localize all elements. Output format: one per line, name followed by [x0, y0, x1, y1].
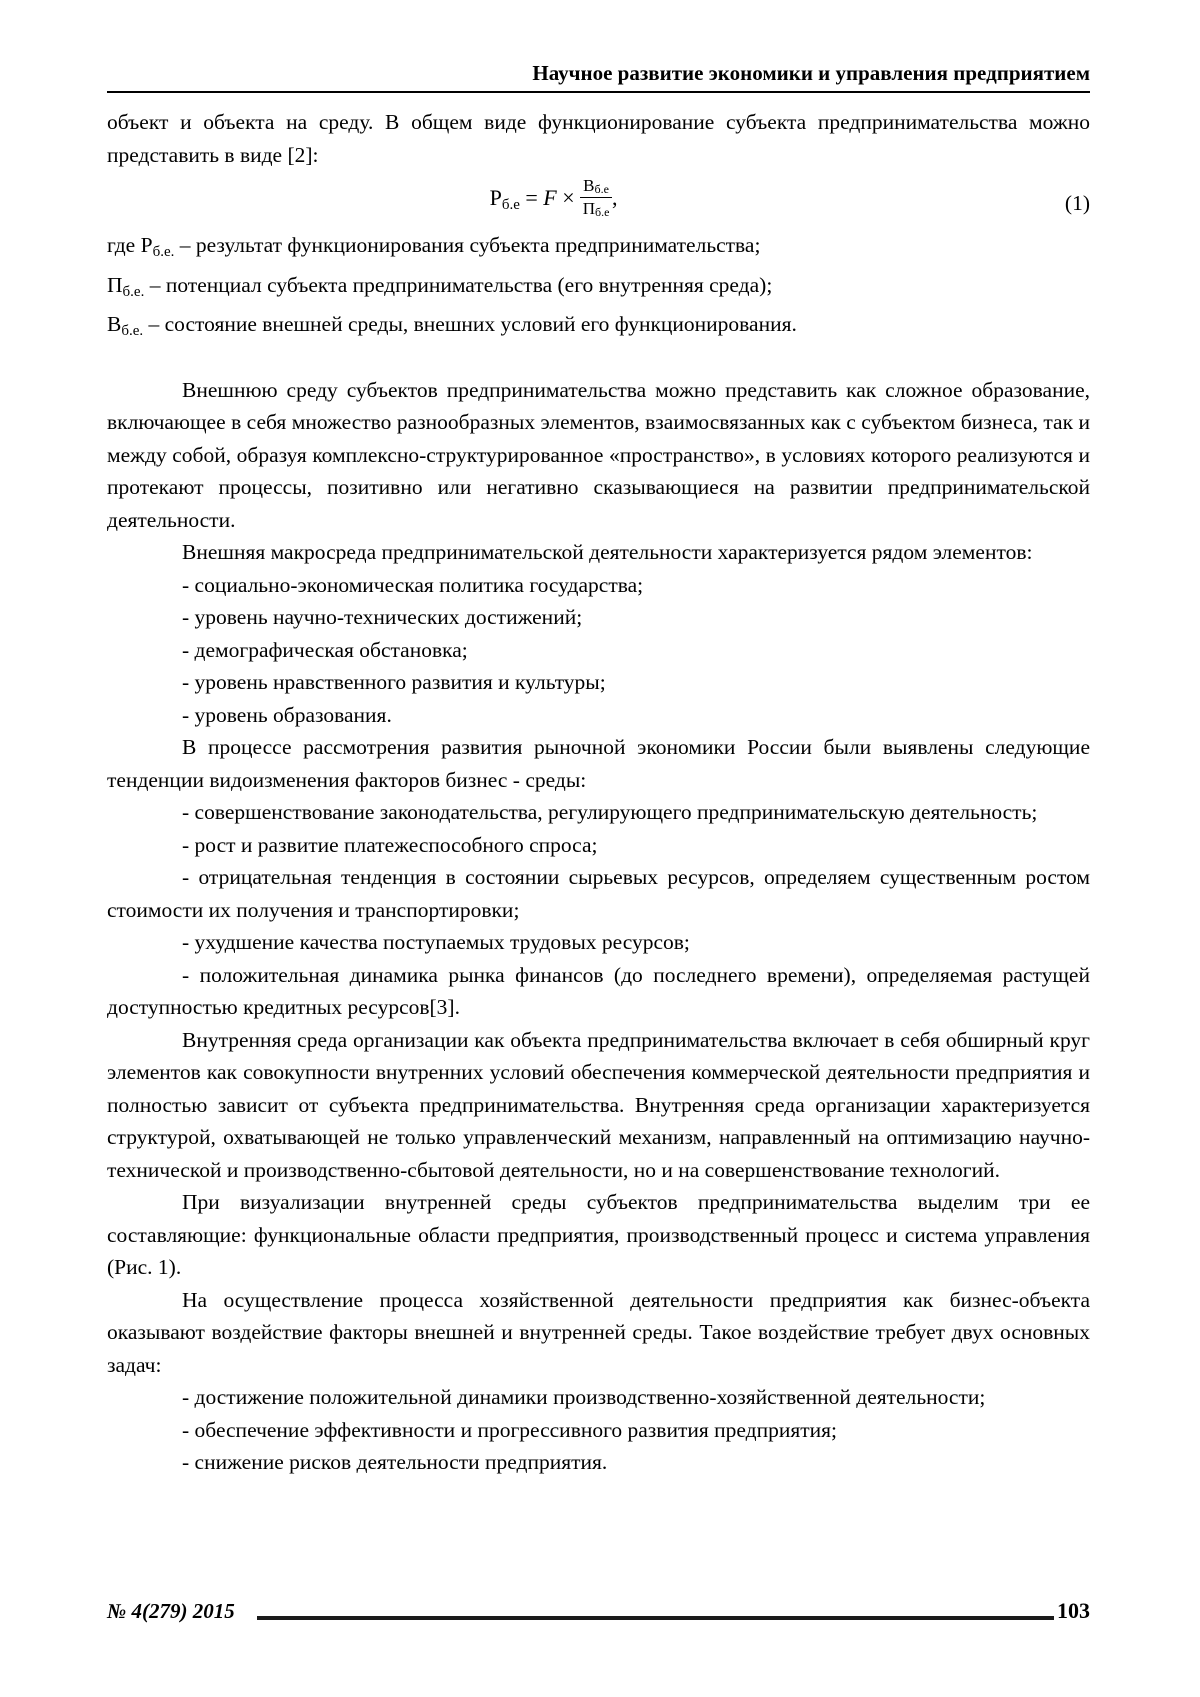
list-item-paragraph: - ухудшение качества поступаемых трудовы… [107, 926, 1090, 959]
formula: Рб.е = F × Вб.еПб.е, [107, 176, 1090, 227]
list-item-paragraph: - отрицательная тенденция в состоянии сы… [107, 861, 1090, 926]
footer-rule [257, 1616, 1054, 1620]
formula-comma: , [612, 185, 618, 210]
text-column: объект и объекта на среду. В общем виде … [107, 106, 1090, 1479]
symbol-subscript: б.е. [121, 323, 143, 339]
paragraph: Внешняя макросреда предпринимательской д… [107, 536, 1090, 569]
list-item-paragraph: - уровень научно-технических достижений; [107, 601, 1090, 634]
equation-number: (1) [1065, 187, 1090, 220]
list-item-paragraph: - обеспечение эффективности и прогрессив… [107, 1414, 1090, 1447]
paragraph: Внешнюю среду субъектов предпринимательс… [107, 374, 1090, 537]
list-item-paragraph: - уровень образования. [107, 699, 1090, 732]
document-page: Научное развитие экономики и управления … [0, 0, 1200, 1697]
formula-factor: F [543, 185, 556, 210]
journal-issue: № 4(279) 2015 [107, 1596, 235, 1626]
definition-line: где Рб.е. – результат функционирования с… [107, 229, 1090, 269]
list-item-paragraph: - снижение рисков деятельности предприят… [107, 1446, 1090, 1479]
list-item-paragraph: - уровень нравственного развития и культ… [107, 666, 1090, 699]
list-item-paragraph: - рост и развитие платежеспособного спро… [107, 829, 1090, 862]
symbol-subscript: б.е. [123, 284, 145, 300]
formula-fraction: Вб.еПб.е [580, 176, 612, 221]
definition-line: Пб.е. – потенциал субъекта предпринимате… [107, 269, 1090, 309]
paragraph: На осуществление процесса хозяйственной … [107, 1284, 1090, 1382]
formula-lhs: Р [490, 185, 502, 210]
page-footer: № 4(279) 2015 103 [107, 1596, 1090, 1626]
paragraph: При визуализации внутренней среды субъек… [107, 1186, 1090, 1284]
list-item-paragraph: - социально-экономическая политика госуд… [107, 569, 1090, 602]
list-item-paragraph: - положительная динамика рынка финансов … [107, 959, 1090, 1024]
formula-times: × [562, 185, 574, 210]
formula-block: Рб.е = F × Вб.еПб.е, (1) [107, 171, 1090, 229]
running-head-title: Научное развитие экономики и управления … [107, 60, 1090, 93]
paragraph: Внутренняя среда организации как объекта… [107, 1024, 1090, 1187]
intro-paragraph: объект и объекта на среду. В общем виде … [107, 106, 1090, 171]
definition-line: Вб.е. – состояние внешней среды, внешних… [107, 308, 1090, 348]
formula-equals: = [525, 185, 537, 210]
fraction-numerator: Вб.е [580, 176, 612, 199]
list-item-paragraph: - совершенствование законодательства, ре… [107, 796, 1090, 829]
list-item-paragraph: - достижение положительной динамики прои… [107, 1381, 1090, 1414]
list-item-paragraph: - демографическая обстановка; [107, 634, 1090, 667]
page-number: 103 [1057, 1596, 1090, 1626]
fraction-denominator: Пб.е [580, 198, 612, 220]
formula-lhs-subscript: б.е [502, 197, 520, 213]
symbol-subscript: б.е. [153, 244, 175, 260]
paragraph: В процессе рассмотрения развития рыночно… [107, 731, 1090, 796]
